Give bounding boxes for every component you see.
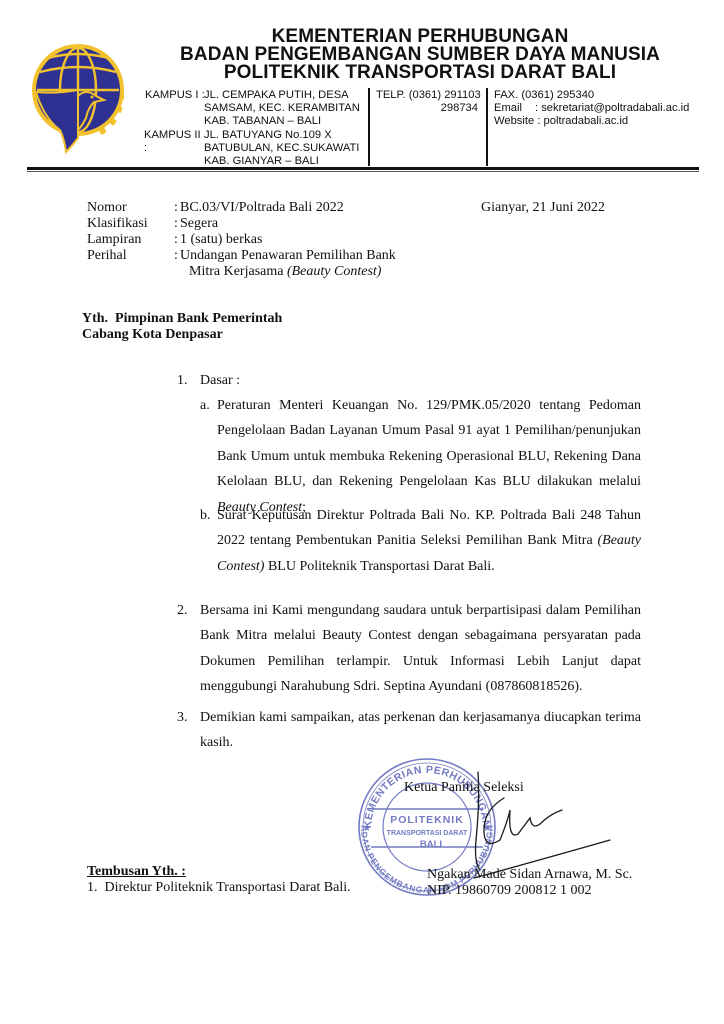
email-label: Email <box>494 102 522 115</box>
item-1a-text: Peraturan Menteri Keuangan No. 129/PMK.0… <box>217 393 641 520</box>
svg-text:TRANSPORTASI DARAT: TRANSPORTASI DARAT <box>387 830 468 837</box>
meta-label-klasifikasi: Klasifikasi <box>87 216 177 232</box>
kampus-1-label: KAMPUS I : <box>145 89 205 102</box>
kampus-1-line-3: KAB. TABANAN – BALI <box>204 115 321 128</box>
signatory-nip: NIP. 19860709 200812 1 002 <box>427 883 592 899</box>
kampus-1-line-1: JL. CEMPAKA PUTIH, DESA <box>204 89 349 102</box>
globe-eagle-emblem-icon <box>26 38 130 154</box>
item-3-text: Demikian kami sampaikan, atas perkenan d… <box>200 705 641 756</box>
item-1b-letter: b. <box>200 503 211 528</box>
telephone-line-1: TELP. (0361) 291103 <box>376 89 481 102</box>
meta-value-perihal-cont: Mitra Kerjasama (Beauty Contest) <box>189 264 381 280</box>
svg-text:★: ★ <box>363 823 371 833</box>
fax-number: FAX. (0361) 295340 <box>494 89 594 102</box>
meta-value-perihal: Undangan Penawaran Pemilihan Bank <box>180 248 410 264</box>
item-1b-end: BLU Politeknik Transportasi Darat Bali. <box>268 559 495 574</box>
header-divider <box>368 88 370 166</box>
kampus-2-line-1: JL. BATUYANG No.109 X <box>204 129 332 142</box>
perihal-cont-text: Mitra Kerjasama <box>189 264 283 279</box>
svg-text:BALI: BALI <box>420 839 442 850</box>
meta-label-lampiran: Lampiran <box>87 232 177 248</box>
perihal-cont-italic: (Beauty Contest) <box>287 264 381 279</box>
item-3-number: 3. <box>177 705 188 730</box>
meta-value-klasifikasi: Segera <box>180 216 410 232</box>
kampus-2-line-2: BATUBULAN, KEC.SUKAWATI <box>204 142 359 155</box>
item-1-number: 1. <box>177 368 188 393</box>
signatory-name: Ngakan Made Sidan Arnawa, M. Sc. <box>427 867 632 883</box>
recipient-line-1: Yth. Pimpinan Bank Pemerintah <box>82 311 282 327</box>
kampus-1-line-2: SAMSAM, KEC. KERAMBITAN <box>204 102 360 115</box>
item-1b-text: Surat Keputusan Direktur Poltrada Bali N… <box>217 503 641 579</box>
place-date: Gianyar, 21 Juni 2022 <box>481 200 605 216</box>
meta-value-lampiran: 1 (satu) berkas <box>180 232 410 248</box>
email-address: : sekretariat@poltradabali.ac.id <box>535 102 689 115</box>
letterhead-institution: POLITEKNIK TRANSPORTASI DARAT BALI <box>140 63 700 83</box>
kampus-2-label: KAMPUS II : <box>144 129 206 156</box>
cc-title: Tembusan Yth. : <box>87 864 186 880</box>
meta-label-nomor: Nomor <box>87 200 177 216</box>
item-1b-body: Surat Keputusan Direktur Poltrada Bali N… <box>217 508 641 548</box>
item-1a-body: Peraturan Menteri Keuangan No. 129/PMK.0… <box>217 398 641 489</box>
meta-value-nomor: BC.03/VI/Poltrada Bali 2022 <box>180 200 410 216</box>
telephone-line-2: 298734 <box>376 102 478 115</box>
recipient-line-2: Cabang Kota Denpasar <box>82 327 223 343</box>
website: Website : poltradabali.ac.id <box>494 115 628 128</box>
letterhead-rule-thin <box>27 171 699 172</box>
item-2-number: 2. <box>177 598 188 623</box>
letterhead-rule <box>27 167 699 170</box>
item-1-title: Dasar : <box>200 368 240 393</box>
item-1a-letter: a. <box>200 393 210 418</box>
cc-item: 1. Direktur Politeknik Transportasi Dara… <box>87 880 351 896</box>
header-divider <box>486 88 488 166</box>
item-2-text: Bersama ini Kami mengundang saudara untu… <box>200 598 641 700</box>
meta-label-perihal: Perihal <box>87 248 177 264</box>
svg-text:POLITEKNIK: POLITEKNIK <box>390 814 464 826</box>
